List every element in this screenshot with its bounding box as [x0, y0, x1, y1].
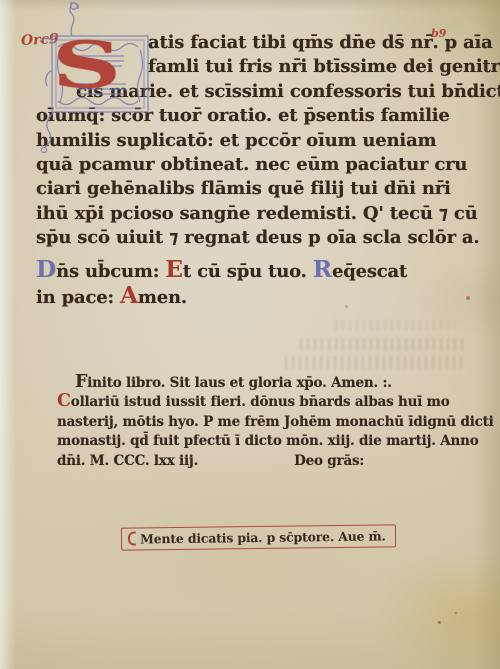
versal-initial: F — [75, 372, 87, 392]
parchment-speck — [466, 296, 470, 300]
text-line: ihū xp̄i pcioso sangn̄e redemisti. Q' te… — [36, 202, 472, 226]
decorated-initial-S: S — [52, 26, 121, 106]
text-line: ciari gehēnalibs flāmis quē filij tui dn… — [36, 177, 472, 201]
versal-initial: A — [120, 281, 138, 309]
text-segment: ollariū istud iussit fieri. dōnus bn̄ard… — [71, 394, 450, 410]
scribal-note-text: Mente dicatis pia. p sc̄ptore. Aue m̄. — [140, 528, 386, 546]
text-segment: atis faciat tibi qm̄s dn̄e ds̄ nr̄. p aī… — [148, 32, 493, 53]
text-line: Mente dicatis pia. p sc̄ptore. Aue m̄. — [140, 528, 386, 546]
text-segment: Mente dicatis pia. p sc̄ptore. Aue m̄. — [140, 528, 386, 546]
text-segment: dn̄i. M. CCC. lxx iij. — [57, 453, 198, 469]
versal-initial: D — [36, 255, 56, 283]
paraph-flourish-icon — [128, 531, 136, 545]
versal-initial: R — [313, 255, 332, 283]
parchment-speck — [345, 305, 348, 308]
ink-showthrough — [335, 320, 455, 330]
text-line: Dn̄s ub̄cum: Et cū sp̄u tuo. Req̄escat — [36, 258, 472, 284]
text-segment: it laus et gloria xp̄o. Amen. :. — [179, 375, 392, 391]
parchment-speck — [455, 612, 457, 614]
text-line: Collariū istud iussit fieri. dōnus bn̄ar… — [57, 393, 471, 412]
manuscript-page: S Orc9 b9 atis faciat tibi qm̄s dn̄e ds̄… — [0, 0, 500, 669]
text-segment: n̄s ub̄cum: — [56, 261, 165, 282]
scribal-note-box: Mente dicatis pia. p sc̄ptore. Aue m̄. — [121, 524, 396, 550]
text-segment: Deo grās: — [294, 453, 364, 469]
text-segment: eq̄escat — [332, 261, 407, 282]
versal-initial: C — [57, 391, 71, 411]
parchment-speck — [438, 621, 441, 624]
colophon-block: Finito libro. Sit laus et gloria xp̄o. A… — [57, 374, 471, 471]
text-line: monastij. qd̄ fuit pfectū ī dicto mōn. x… — [57, 432, 471, 451]
ink-showthrough — [300, 338, 465, 351]
text-segment: famli tui fris nr̄i btīssime dei genitri — [148, 56, 500, 77]
text-segment: S — [170, 375, 180, 391]
text-segment: inito libro. — [87, 375, 169, 391]
text-segment: t cū sp̄u tuo. — [183, 261, 313, 282]
text-segment: sp̄u scō uiuit ⁊ regnat deus p oīa scla … — [36, 227, 479, 248]
text-line: Finito libro. Sit laus et gloria xp̄o. A… — [57, 374, 471, 393]
text-segment: ciari gehēnalibs flāmis quē filij tui dn… — [36, 178, 451, 199]
versal-initial: E — [165, 255, 183, 283]
text-line: dn̄i. M. CCC. lxx iij.Deo grās: — [57, 452, 471, 471]
text-line: in pace: Amen. — [36, 284, 472, 310]
ink-showthrough — [285, 356, 465, 369]
text-line: sp̄u scō uiuit ⁊ regnat deus p oīa scla … — [36, 226, 472, 250]
text-segment: in pace: — [36, 287, 120, 308]
text-segment: nasterij, mōtis hyo. P me frēm Johēm mon… — [57, 414, 494, 430]
text-segment: monastij. qd̄ fuit pfectū ī dicto mōn. x… — [57, 433, 479, 449]
text-line: nasterij, mōtis hyo. P me frēm Johēm mon… — [57, 413, 471, 432]
text-segment: men. — [138, 287, 187, 308]
text-segment: ihū xp̄i pcioso sangn̄e redemisti. Q' te… — [36, 203, 478, 224]
